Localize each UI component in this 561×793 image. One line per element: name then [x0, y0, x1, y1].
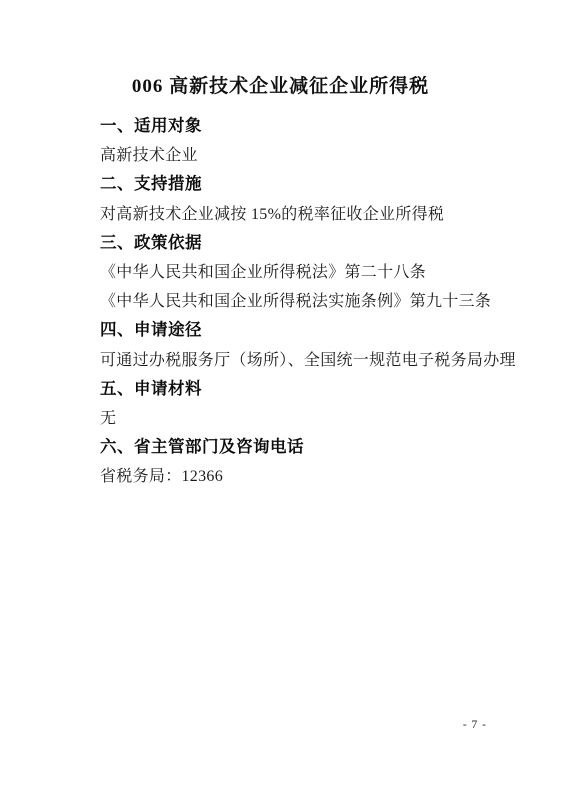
section-heading-policy-basis: 三、政策依据: [100, 229, 461, 258]
section-heading-applicable-objects: 一、适用对象: [100, 112, 461, 141]
section-heading-department-phone: 六、省主管部门及咨询电话: [100, 433, 461, 462]
page-number: - 7 -: [463, 719, 487, 731]
section-body-application-materials: 无: [100, 404, 461, 433]
section-body-policy-basis-line2: 《中华人民共和国企业所得税法实施条例》第九十三条: [100, 287, 461, 316]
section-heading-application-channel: 四、申请途径: [100, 316, 461, 345]
section-heading-application-materials: 五、申请材料: [100, 375, 461, 404]
section-body-application-channel: 可通过办税服务厅（场所）、全国统一规范电子税务局办理: [100, 346, 461, 375]
section-body-applicable-objects: 高新技术企业: [100, 141, 461, 170]
document-content: 006 高新技术企业减征企业所得税 一、适用对象 高新技术企业 二、支持措施 对…: [0, 0, 561, 491]
document-sections: 一、适用对象 高新技术企业 二、支持措施 对高新技术企业减按 15%的税率征收企…: [100, 112, 461, 491]
document-page: 006 高新技术企业减征企业所得税 一、适用对象 高新技术企业 二、支持措施 对…: [0, 0, 561, 793]
section-body-department-phone: 省税务局：12366: [100, 462, 461, 491]
document-title: 006 高新技术企业减征企业所得税: [100, 74, 461, 100]
section-heading-support-measures: 二、支持措施: [100, 170, 461, 199]
section-body-policy-basis-line1: 《中华人民共和国企业所得税法》第二十八条: [100, 258, 461, 287]
section-body-support-measures: 对高新技术企业减按 15%的税率征收企业所得税: [100, 200, 461, 229]
